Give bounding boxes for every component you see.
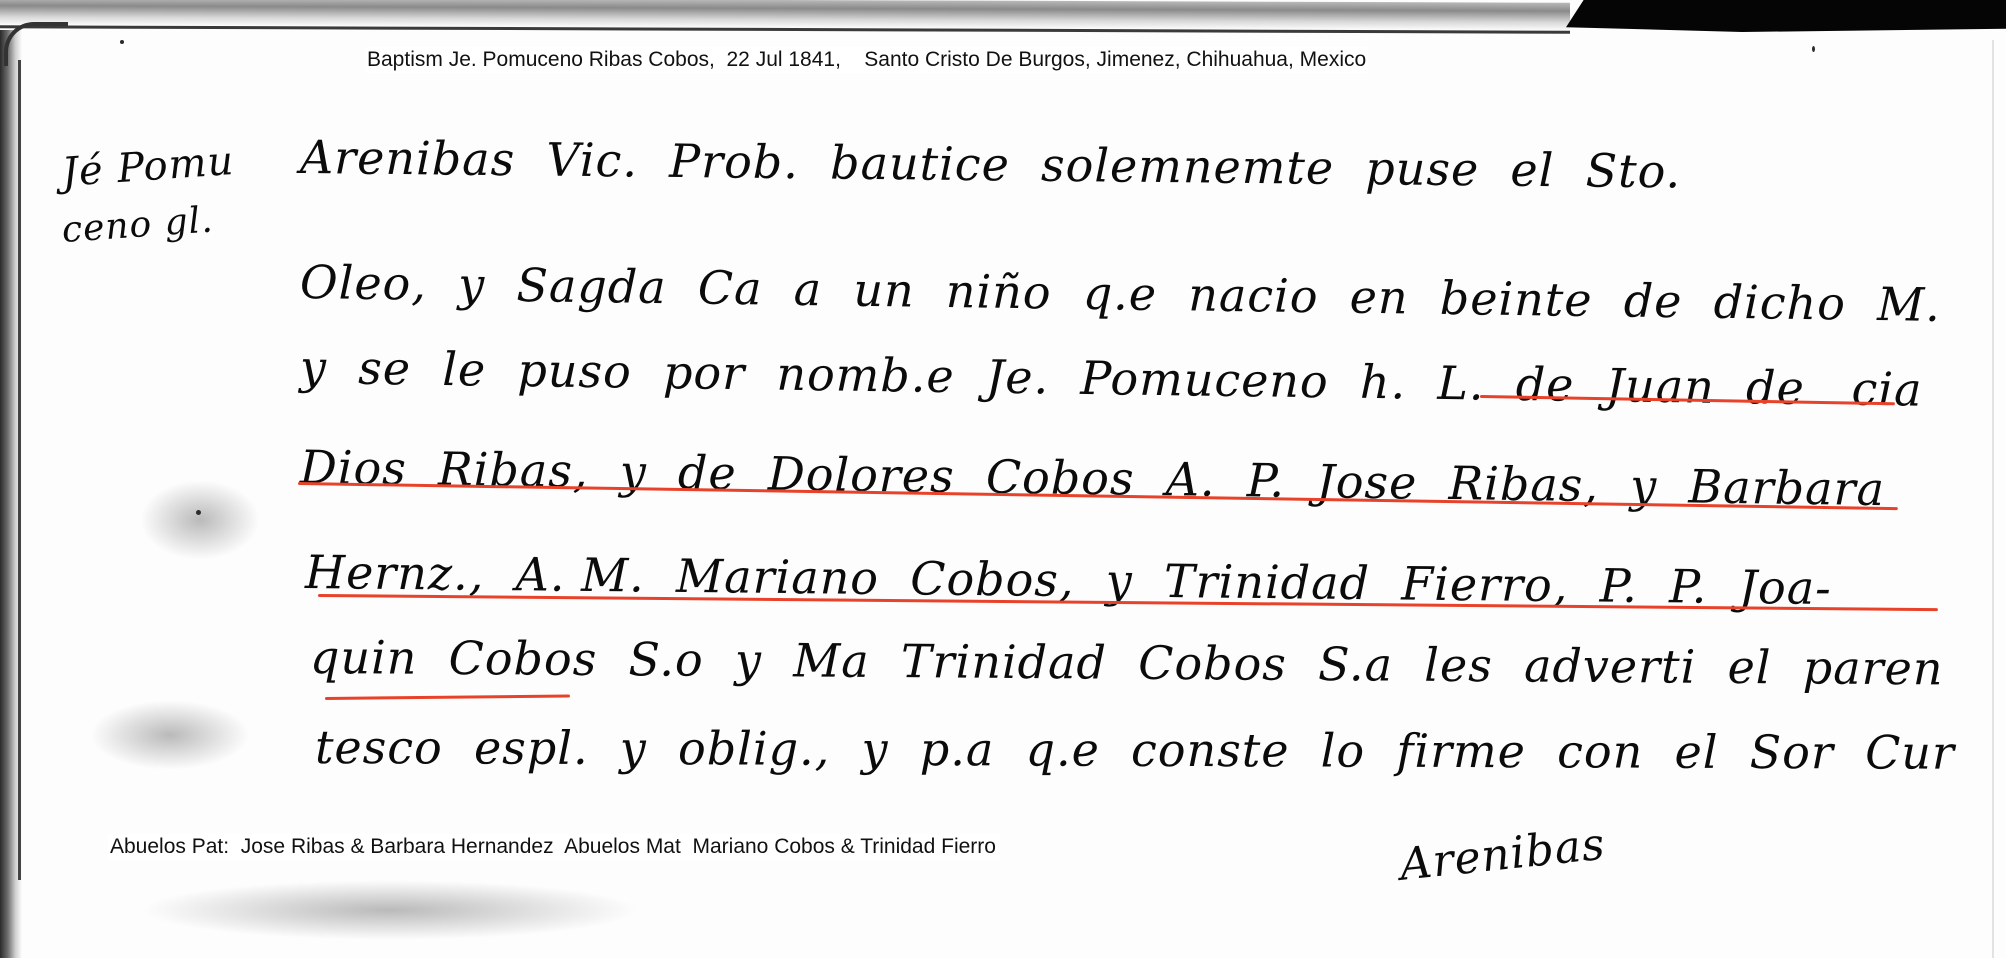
ink-bleed	[140, 880, 640, 940]
margin-note-line-1: Jé Pomu	[60, 138, 235, 196]
scanned-document-page: Baptism Je. Pomuceno Ribas Cobos, 22 Jul…	[0, 0, 2006, 958]
handwriting-line-3: y se le puso por nomb.e Je. Pomuceno h. …	[300, 340, 1923, 417]
ink-bleed	[90, 700, 250, 770]
handwriting-line-7: tesco espl. y oblig., y p.a q.e conste l…	[315, 720, 1955, 780]
page-top-edge	[0, 0, 1570, 34]
ink-bleed	[140, 480, 260, 560]
handwriting-line-1: Arenibas Vic. Prob. bautice solemnemte p…	[300, 130, 1682, 198]
speck	[1812, 46, 1815, 52]
handwriting-line-6: quin Cobos S.o y Ma Trinidad Cobos S.a l…	[310, 630, 1944, 695]
page-fold-line	[1992, 40, 1994, 958]
caption-grandparents: Abuelos Pat: Jose Ribas & Barbara Hernan…	[108, 834, 1000, 860]
caption-title: Baptism Je. Pomuceno Ribas Cobos, 22 Jul…	[365, 47, 1368, 73]
page-corner-curl	[4, 22, 68, 66]
page-corner-shadow	[1566, 0, 2006, 32]
page-binding-line	[18, 60, 21, 880]
red-underline-4	[325, 694, 570, 700]
speck	[120, 40, 124, 44]
margin-note-line-2: ceno gl.	[61, 199, 215, 250]
handwriting-line-2: Oleo, y Sagda Ca a un niño q.e nacio en …	[300, 255, 1942, 332]
signature: Arenibas	[1397, 819, 1607, 891]
speck	[196, 510, 201, 515]
